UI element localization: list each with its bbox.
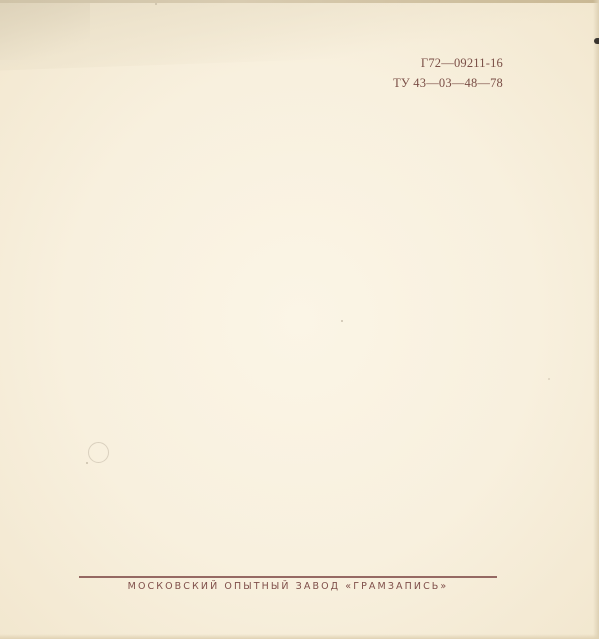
sleeve-right-edge: [593, 0, 599, 639]
paper-crease-corner: [0, 0, 90, 60]
paper-speck: [548, 378, 550, 380]
circular-stain-mark: [88, 442, 109, 463]
paper-speck: [86, 462, 88, 464]
manufacturer-label: МОСКОВСКИЙ ОПЫТНЫЙ ЗАВОД «ГРАМЗАПИСЬ»: [79, 581, 497, 592]
divider-rule: [79, 576, 497, 578]
sleeve-bottom-edge: [0, 634, 599, 639]
catalog-info: Г72—09211-16 ТУ 43—03—48—78: [393, 53, 503, 93]
paper-speck: [341, 320, 343, 322]
edge-tear-mark: [594, 38, 599, 44]
sleeve-top-edge: [0, 0, 599, 3]
technical-standard: ТУ 43—03—48—78: [393, 73, 503, 93]
paper-speck: [155, 3, 157, 5]
catalog-number: Г72—09211-16: [393, 53, 503, 73]
record-sleeve: Г72—09211-16 ТУ 43—03—48—78 МОСКОВСКИЙ О…: [0, 0, 599, 639]
